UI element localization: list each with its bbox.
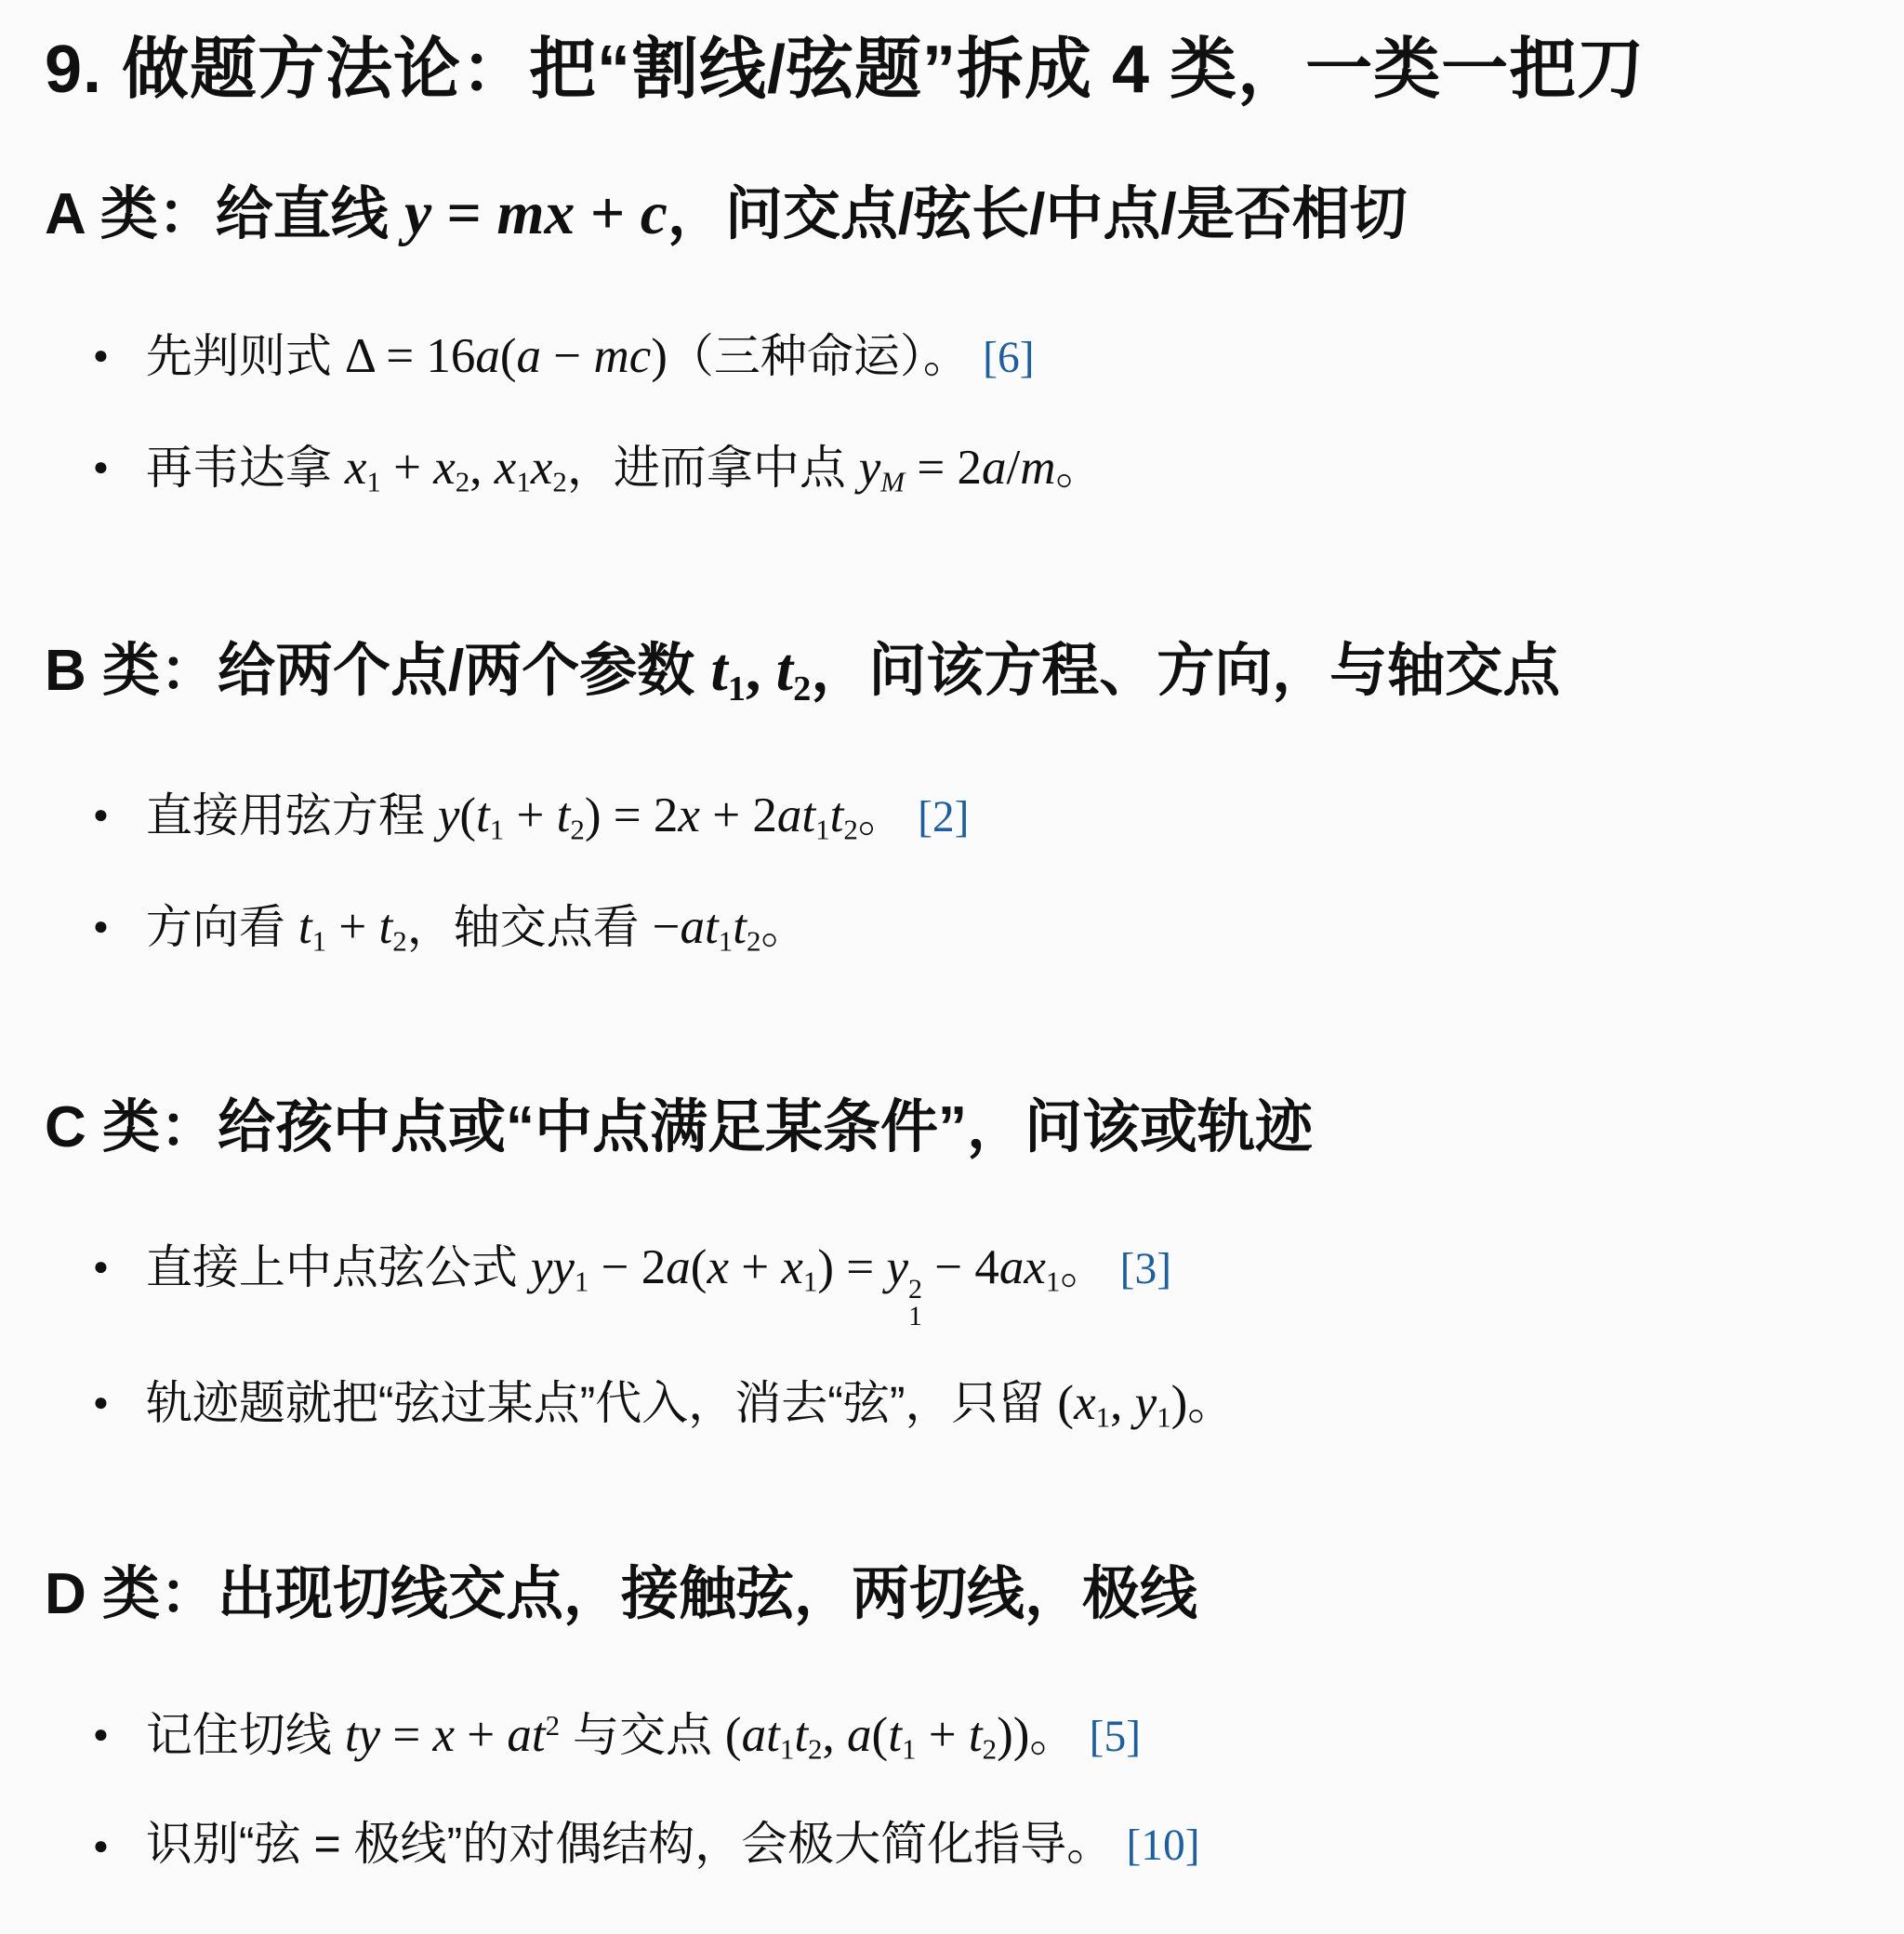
list-item: ● 轨迹题就把“弦过某点”代入，消去“弦”，只留 (x1, y1)。 — [93, 1365, 1859, 1441]
citation-link[interactable]: [3] — [1120, 1245, 1171, 1293]
math-run: ty — [345, 1708, 380, 1762]
math-run: ) — [651, 329, 668, 383]
list-item: ● 直接上中点弦公式 yy1 − 2a(x + x1) = y21 − 4ax1… — [93, 1229, 1859, 1330]
math-run: + — [381, 441, 433, 495]
math-run: t — [557, 788, 571, 842]
bullet-dot-icon: ● — [93, 454, 109, 480]
section-d-bullets: ● 记住切线 ty = x + at2 与交点 (at1t2, a(t1 + t… — [45, 1697, 1859, 1881]
document-page: { "page": { "background": "#fbfbfb", "te… — [0, 0, 1904, 1934]
math-run: 1 — [516, 465, 531, 497]
bullet-text: 记住切线 ty = x + at2 与交点 (at1t2, a(t1 + t2)… — [146, 1697, 1141, 1773]
math-run: = — [380, 1708, 432, 1762]
math-run: / — [1007, 441, 1021, 495]
math-run: 1 — [1046, 1265, 1061, 1298]
page-title: 9. 做题方法论：把“割线/弦题”拆成 4 类，一类一把刀 — [45, 32, 1859, 109]
math-run: 1 — [815, 813, 830, 845]
math-run: + — [504, 788, 556, 842]
section-a-bullets: ● 先判则式 Δ = 16a(a − mc)（三种命运）。[6] ● 再韦达拿 … — [45, 318, 1859, 506]
math-run: t — [378, 900, 392, 954]
math-run: ( — [459, 788, 476, 842]
bullet-text: 轨迹题就把“弦过某点”代入，消去“弦”，只留 (x1, y1)。 — [146, 1365, 1234, 1441]
list-item: ● 方向看 t1 + t2，轴交点看 −at1t2。 — [93, 889, 1859, 965]
math-run: 2 — [747, 925, 761, 958]
bullet-text: 识别“弦 = 极线”的对偶结构，会极大简化指导。[10] — [146, 1808, 1200, 1881]
text-run: 与交点 — [560, 1709, 725, 1761]
math-run: 1 — [1157, 1401, 1171, 1434]
math-run: y — [859, 441, 881, 495]
section-c-heading: C 类：给孩中点或“中点满足某条件”，问该或轨迹 — [45, 1093, 1859, 1162]
math-run: 2 — [392, 925, 407, 958]
text-run: 先判则式 — [146, 330, 345, 382]
text-run: 。 — [760, 901, 807, 953]
math-run: 2 — [808, 1732, 823, 1765]
bullet-dot-icon: ● — [93, 1389, 109, 1415]
math-run: y — [1135, 1376, 1157, 1430]
math-run: , — [823, 1708, 848, 1762]
math-run: ) — [1171, 1376, 1188, 1430]
math-run: + — [455, 1708, 507, 1762]
section-b-bullets: ● 直接用弦方程 y(t1 + t2) = 2x + 2at1t2。[2] ● … — [45, 777, 1859, 965]
math-run: t — [794, 1708, 808, 1762]
math-run: x — [678, 788, 700, 842]
math-run: = — [431, 179, 496, 247]
math-run: , — [746, 636, 776, 704]
math-run: x — [1074, 1376, 1096, 1430]
bullet-dot-icon: ● — [93, 342, 109, 368]
math-run: 2 — [552, 465, 567, 497]
text-run: 。 — [858, 789, 905, 841]
bullet-text: 直接用弦方程 y(t1 + t2) = 2x + 2at1t2。[2] — [146, 777, 970, 854]
text-run: C 类：给孩中点或“中点满足某条件”，问该或轨迹 — [45, 1095, 1313, 1159]
math-run: t — [969, 1708, 983, 1762]
math-run: 2 — [456, 465, 470, 497]
section-b: B 类：给两个点/两个参数 t1, t2，问该方程、方向，与轴交点 ● 直接用弦… — [45, 634, 1859, 965]
math-run: x — [495, 441, 517, 495]
bullet-dot-icon: ● — [93, 913, 109, 939]
math-run: at — [742, 1708, 780, 1762]
math-run: + — [729, 1240, 781, 1294]
text-run: 。 — [1029, 1709, 1076, 1761]
section-b-heading: B 类：给两个点/两个参数 t1, t2，问该方程、方向，与轴交点 — [45, 634, 1859, 710]
list-item: ● 记住切线 ty = x + at2 与交点 (at1t2, a(t1 + t… — [93, 1697, 1859, 1773]
math-run: x — [707, 1240, 729, 1294]
math-run: x — [345, 441, 367, 495]
text-run: 直接用弦方程 — [146, 789, 438, 841]
math-run: at — [777, 788, 815, 842]
math-run: y — [886, 1240, 908, 1294]
math-run: 1 — [366, 465, 381, 497]
bullet-text: 方向看 t1 + t2，轴交点看 −at1t2。 — [146, 889, 808, 965]
bullet-text: 直接上中点弦公式 yy1 − 2a(x + x1) = y21 − 4ax1。[… — [146, 1229, 1171, 1330]
math-run: ( — [1057, 1376, 1074, 1430]
math-run: ( — [725, 1708, 742, 1762]
math-run: 1 — [902, 1732, 917, 1765]
text-run: 记住切线 — [146, 1709, 345, 1761]
text-run: D 类：出现切线交点，接触弦，两切线，极线 — [45, 1562, 1197, 1626]
math-run: 1 — [575, 1265, 589, 1298]
text-run: 直接上中点弦公式 — [146, 1241, 531, 1293]
citation-link[interactable]: [10] — [1126, 1821, 1199, 1870]
math-run: t — [476, 788, 490, 842]
math-run: 1 — [490, 813, 505, 845]
math-run: x — [531, 441, 553, 495]
section-d-heading: D 类：出现切线交点，接触弦，两切线，极线 — [45, 1560, 1859, 1629]
math-run: + — [916, 1708, 968, 1762]
bullet-dot-icon: ● — [93, 801, 109, 828]
math-run: − — [653, 900, 681, 954]
section-c-bullets: ● 直接上中点弦公式 yy1 − 2a(x + x1) = y21 − 4ax1… — [45, 1229, 1859, 1441]
math-run: mx — [496, 179, 575, 247]
math-run: − — [541, 329, 593, 383]
list-item: ● 先判则式 Δ = 16a(a − mc)（三种命运）。[6] — [93, 318, 1859, 394]
math-run: − 2 — [588, 1240, 666, 1294]
math-run: , — [1110, 1376, 1135, 1430]
math-run: t — [710, 636, 727, 704]
text-run: B 类：给两个点/两个参数 — [45, 639, 710, 703]
section-a-heading: A 类：给直线 y = mx + c，问交点/弦长/中点/是否相切 — [45, 178, 1859, 251]
citation-link[interactable]: [6] — [983, 334, 1034, 382]
bullet-dot-icon: ● — [93, 1253, 109, 1279]
list-item: ● 识别“弦 = 极线”的对偶结构，会极大简化指导。[10] — [93, 1808, 1859, 1881]
math-run: 2 — [546, 1709, 561, 1742]
math-run: + 2 — [700, 788, 777, 842]
math-run: + — [575, 179, 640, 247]
math-run: M — [880, 465, 905, 497]
math-run: + — [326, 900, 378, 954]
math-run: − 4 — [922, 1240, 999, 1294]
section-a: A 类：给直线 y = mx + c，问交点/弦长/中点/是否相切 ● 先判则式… — [45, 178, 1859, 506]
citation-link[interactable]: [5] — [1090, 1713, 1141, 1761]
bullet-text: 再韦达拿 x1 + x2, x1x2，进而拿中点 yM = 2a/m。 — [146, 430, 1103, 506]
text-run: 方向看 — [146, 901, 298, 953]
math-run: t — [830, 788, 844, 842]
math-run: a — [847, 1708, 872, 1762]
math-run: ( — [500, 329, 517, 383]
text-run: ，轴交点看 — [407, 901, 653, 953]
text-run: 识别“弦 = 极线”的对偶结构，会极大简化指导。 — [146, 1818, 1113, 1870]
bullet-dot-icon: ● — [93, 1721, 109, 1747]
math-run: 2 — [570, 813, 585, 845]
math-run: m — [1020, 441, 1055, 495]
math-sub-sup: 21 — [908, 1277, 922, 1330]
math-run: y — [438, 788, 460, 842]
math-run: at — [507, 1708, 545, 1762]
math-run: x — [432, 1708, 455, 1762]
list-item: ● 直接用弦方程 y(t1 + t2) = 2x + 2at1t2。[2] — [93, 777, 1859, 854]
math-run: t — [733, 900, 747, 954]
text-run: 。 — [1056, 442, 1103, 494]
math-run: 2 — [793, 669, 811, 709]
text-run: ，进而拿中点 — [567, 442, 859, 494]
math-run: ) = 2 — [585, 788, 679, 842]
math-run: t — [298, 900, 312, 954]
math-run: x — [433, 441, 456, 495]
text-run: 再韦达拿 — [146, 442, 345, 494]
math-run: 1 — [1096, 1401, 1111, 1434]
math-run: 2 — [843, 813, 858, 845]
math-run: a — [475, 329, 500, 383]
text-run: A 类：给直线 — [45, 182, 404, 246]
text-run: 轨迹题就把“弦过某点”代入，消去“弦”，只留 — [146, 1377, 1058, 1429]
math-run: y — [404, 179, 431, 247]
math-run: ( — [872, 1708, 889, 1762]
math-run: ax — [999, 1240, 1046, 1294]
bullet-dot-icon: ● — [93, 1833, 109, 1859]
section-d: D 类：出现切线交点，接触弦，两切线，极线 ● 记住切线 ty = x + at… — [45, 1560, 1859, 1880]
math-run: a — [666, 1240, 691, 1294]
math-run: 1 — [780, 1732, 795, 1765]
math-run: t — [888, 1708, 902, 1762]
text-run: ，问交点/弦长/中点/是否相切 — [668, 182, 1408, 246]
math-run: )) — [997, 1708, 1029, 1762]
bullet-text: 先判则式 Δ = 16a(a − mc)（三种命运）。[6] — [146, 318, 1035, 394]
math-run: at — [680, 900, 718, 954]
math-run: = 2 — [905, 441, 982, 495]
math-run: x — [781, 1240, 803, 1294]
math-run: , — [469, 441, 495, 495]
math-run: c — [641, 179, 668, 247]
math-run: t — [776, 636, 793, 704]
math-run: mc — [593, 329, 651, 383]
math-run: 1 — [803, 1265, 818, 1298]
math-run: 1 — [728, 669, 746, 709]
text-run: 。 — [1187, 1377, 1234, 1429]
math-run: ( — [691, 1240, 707, 1294]
text-run: （三种命运）。 — [668, 330, 970, 382]
math-run: a — [517, 329, 542, 383]
math-run: 1 — [719, 925, 734, 958]
text-run: 。 — [1060, 1241, 1106, 1293]
math-run: Δ = 16 — [345, 329, 476, 383]
math-run: a — [982, 441, 1007, 495]
citation-link[interactable]: [2] — [918, 793, 969, 841]
math-run: ) = — [817, 1240, 886, 1294]
section-c: C 类：给孩中点或“中点满足某条件”，问该或轨迹 ● 直接上中点弦公式 yy1 … — [45, 1093, 1859, 1441]
math-run: yy — [531, 1240, 575, 1294]
math-run: 1 — [312, 925, 327, 958]
text-run: ，问该方程、方向，与轴交点 — [811, 639, 1560, 703]
list-item: ● 再韦达拿 x1 + x2, x1x2，进而拿中点 yM = 2a/m。 — [93, 430, 1859, 506]
math-run: 2 — [983, 1732, 998, 1765]
